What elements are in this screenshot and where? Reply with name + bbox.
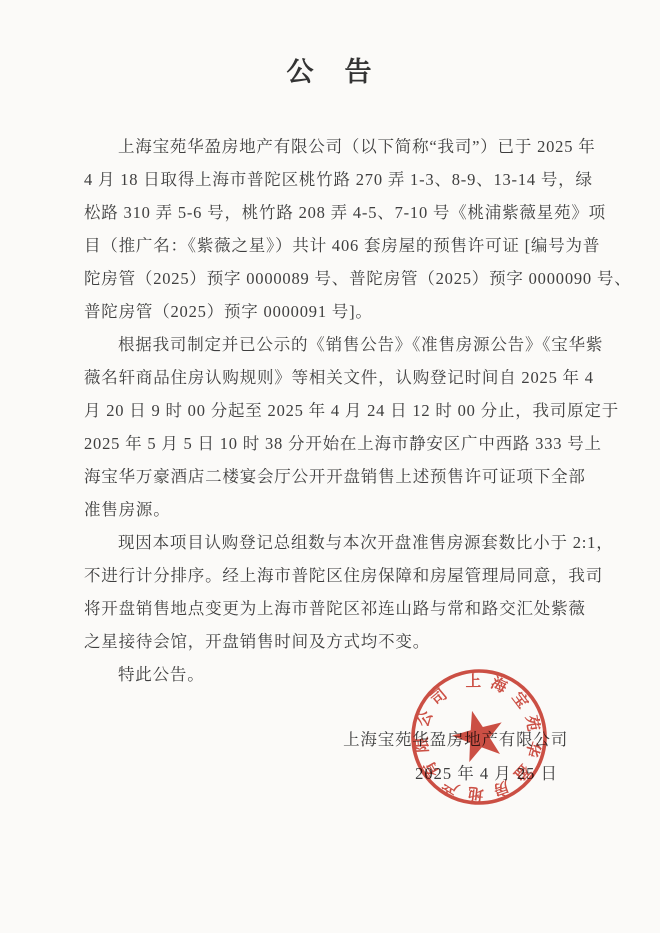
- body-line: 2025 年 5 月 5 日 10 时 38 分开始在上海市静安区广中西路 33…: [84, 427, 582, 460]
- body-line: 将开盘销售地点变更为上海市普陀区祁连山路与常和路交汇处紫薇: [84, 592, 582, 625]
- body-line: 上海宝苑华盈房地产有限公司（以下简称“我司”）已于 2025 年: [84, 130, 582, 163]
- page-title: 公 告: [0, 50, 660, 89]
- body-line: 不进行计分排序。经上海市普陀区住房保障和房屋管理局同意，我司: [84, 559, 582, 592]
- body-line: 月 20 日 9 时 00 分起至 2025 年 4 月 24 日 12 时 0…: [84, 394, 582, 427]
- body-line: 目（推广名：《紫薇之星》）共计 406 套房屋的预售许可证 [编号为普: [84, 229, 582, 262]
- body-line: 准售房源。: [84, 493, 582, 526]
- body-line: 特此公告。: [84, 658, 582, 691]
- body-line: 海宝华万豪酒店二楼宴会厅公开开盘销售上述预售许可证项下全部: [84, 460, 582, 493]
- signature-date: 2025 年 4 月 25 日: [415, 760, 558, 784]
- signature-company: 上海宝苑华盈房地产有限公司: [343, 726, 568, 750]
- document-body: 上海宝苑华盈房地产有限公司（以下简称“我司”）已于 2025 年 4 月 18 …: [84, 130, 582, 691]
- body-line: 薇名轩商品住房认购规则》等相关文件，认购登记时间自 2025 年 4: [84, 361, 582, 394]
- body-line: 陀房管（2025）预字 0000089 号、普陀房管（2025）预字 00000…: [84, 262, 582, 295]
- body-line: 之星接待会馆，开盘销售时间及方式均不变。: [84, 625, 582, 658]
- body-line: 普陀房管（2025）预字 0000091 号]。: [84, 295, 582, 328]
- announcement-document: 公 告 上海宝苑华盈房地产有限公司（以下简称“我司”）已于 2025 年 4 月…: [0, 0, 660, 933]
- body-line: 松路 310 弄 5-6 号，桃竹路 208 弄 4-5、7-10 号《桃浦紫薇…: [84, 196, 582, 229]
- body-line: 根据我司制定并已公示的《销售公告》《准售房源公告》《宝华紫: [84, 328, 582, 361]
- body-line: 4 月 18 日取得上海市普陀区桃竹路 270 弄 1-3、8-9、13-14 …: [84, 163, 582, 196]
- body-line: 现因本项目认购登记总组数与本次开盘准售房源套数比小于 2:1，: [84, 526, 582, 559]
